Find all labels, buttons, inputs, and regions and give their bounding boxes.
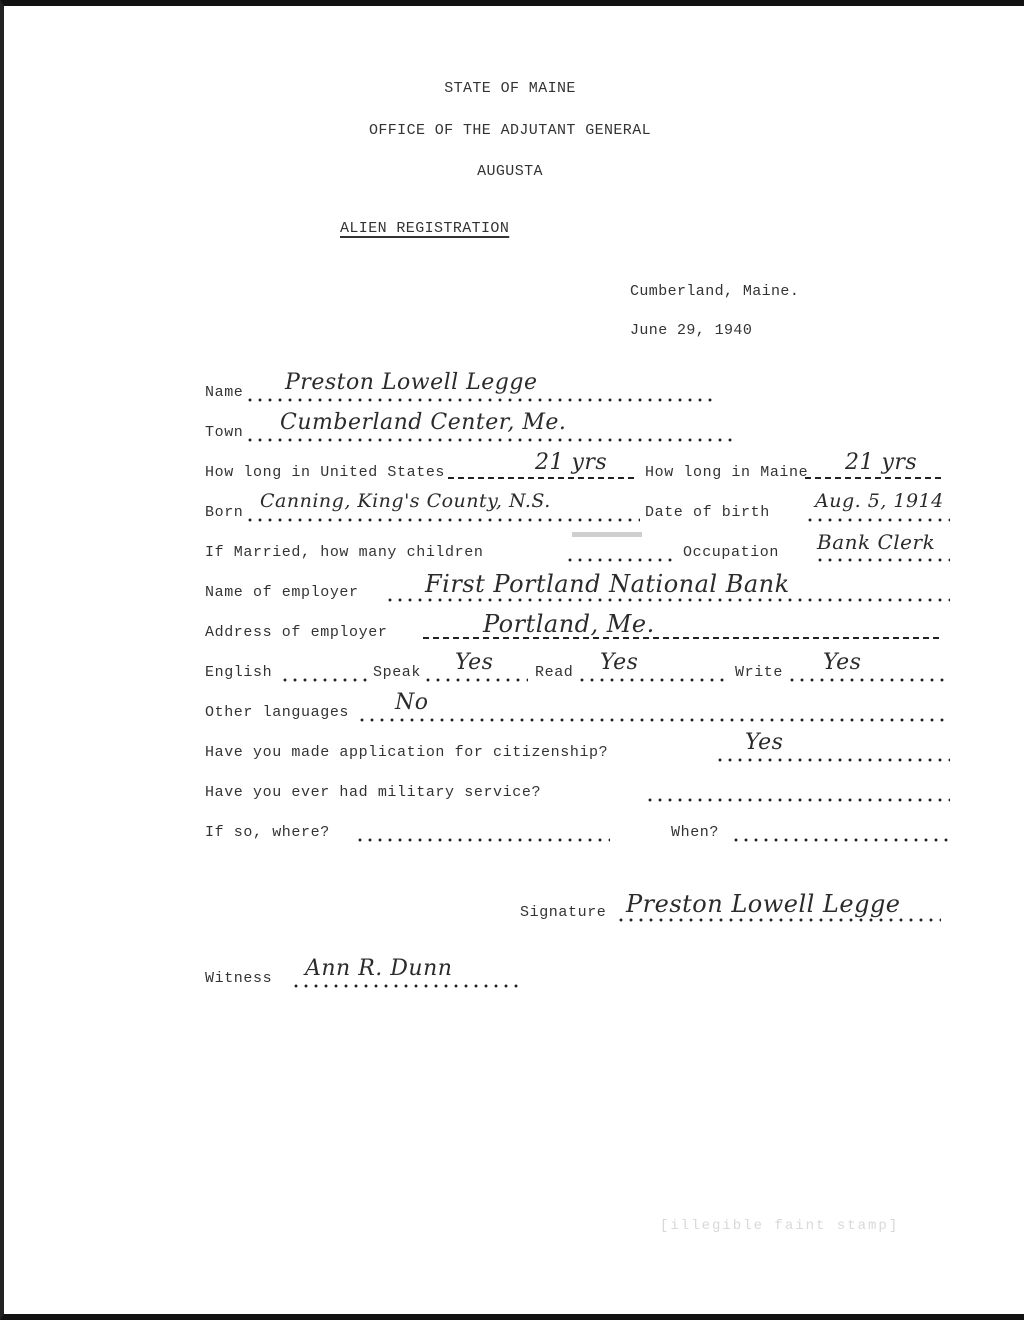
occupation-value[interactable]: Bank Clerk	[817, 530, 935, 554]
years-us-value[interactable]: 21 yrs	[535, 450, 607, 475]
field-children-occupation: If Married, how many children Occupation…	[205, 544, 950, 568]
speak-label: Speak	[373, 664, 421, 681]
field-witness: Witness Ann R. Dunn	[205, 970, 565, 994]
faint-stamp: [illegible faint stamp]	[660, 1218, 899, 1234]
citizenship-label: Have you made application for citizenshi…	[205, 744, 608, 761]
form-title: ALIEN REGISTRATION	[340, 220, 509, 237]
header-state: STATE OF MAINE	[0, 80, 1020, 97]
town-value[interactable]: Cumberland Center, Me.	[280, 410, 566, 435]
field-english: English Speak Yes Read Yes Write Yes	[205, 664, 950, 688]
signature-value[interactable]: Preston Lowell Legge	[626, 890, 901, 918]
employer-label: Name of employer	[205, 584, 359, 601]
born-label: Born	[205, 504, 243, 521]
field-other-languages: Other languages No	[205, 704, 950, 728]
years-maine-label: How long in Maine	[645, 464, 808, 481]
employer-address-label: Address of employer	[205, 624, 387, 641]
years-maine-dashes	[805, 477, 945, 479]
registration-form: STATE OF MAINE OFFICE OF THE ADJUTANT GE…	[0, 0, 1024, 1320]
children-dots	[565, 558, 675, 562]
header-city: AUGUSTA	[0, 163, 1020, 180]
born-dots	[245, 518, 640, 522]
field-town: Town Cumberland Center, Me.	[205, 424, 950, 448]
english-dots	[280, 678, 370, 682]
employer-dots	[385, 598, 950, 602]
write-label: Write	[735, 664, 783, 681]
read-dots	[577, 678, 727, 682]
citizenship-dots	[715, 758, 950, 762]
place: Cumberland, Maine.	[630, 283, 799, 300]
other-languages-dots	[357, 718, 950, 722]
write-dots	[787, 678, 950, 682]
children-label: If Married, how many children	[205, 544, 483, 561]
military-label: Have you ever had military service?	[205, 784, 541, 801]
years-us-label: How long in United States	[205, 464, 445, 481]
field-residence-duration: How long in United States 21 yrs How lon…	[205, 464, 950, 488]
field-employer: Name of employer First Portland National…	[205, 584, 950, 608]
town-dots	[245, 438, 735, 442]
witness-label: Witness	[205, 970, 272, 987]
years-maine-value[interactable]: 21 yrs	[845, 450, 917, 475]
town-label: Town	[205, 424, 243, 441]
when-label: When?	[671, 824, 719, 841]
other-languages-value[interactable]: No	[395, 690, 429, 715]
other-languages-label: Other languages	[205, 704, 349, 721]
military-dots	[645, 798, 950, 802]
born-value[interactable]: Canning, King's County, N.S.	[260, 490, 551, 512]
occupation-dots	[815, 558, 950, 562]
ink-smudge	[572, 532, 642, 537]
signature-dots	[616, 918, 941, 922]
header-office: OFFICE OF THE ADJUTANT GENERAL	[0, 122, 1020, 139]
date: June 29, 1940	[630, 322, 752, 339]
employer-address-value[interactable]: Portland, Me.	[483, 610, 655, 638]
citizenship-value[interactable]: Yes	[745, 730, 783, 755]
when-dots	[731, 838, 950, 842]
where-label: If so, where?	[205, 824, 330, 841]
field-citizenship: Have you made application for citizenshi…	[205, 744, 950, 768]
english-label: English	[205, 664, 272, 681]
name-dots	[245, 398, 715, 402]
write-value[interactable]: Yes	[823, 650, 861, 675]
dob-dots	[805, 518, 950, 522]
field-signature: Signature Preston Lowell Legge	[520, 904, 960, 928]
field-where-when: If so, where? When?	[205, 824, 950, 848]
field-military: Have you ever had military service?	[205, 784, 950, 808]
dob-label: Date of birth	[645, 504, 770, 521]
speak-value[interactable]: Yes	[455, 650, 493, 675]
read-value[interactable]: Yes	[600, 650, 638, 675]
read-label: Read	[535, 664, 573, 681]
signature-label: Signature	[520, 904, 606, 921]
name-value[interactable]: Preston Lowell Legge	[285, 370, 537, 395]
occupation-label: Occupation	[683, 544, 779, 561]
field-name: Name Preston Lowell Legge	[205, 384, 950, 408]
field-birth: Born Canning, King's County, N.S. Date o…	[205, 504, 950, 528]
witness-dots	[291, 984, 521, 988]
dob-value[interactable]: Aug. 5, 1914	[815, 490, 944, 512]
years-us-dashes	[448, 477, 638, 479]
witness-value[interactable]: Ann R. Dunn	[305, 956, 452, 981]
field-employer-address: Address of employer Portland, Me.	[205, 624, 950, 648]
employer-value[interactable]: First Portland National Bank	[425, 570, 790, 598]
where-dots	[355, 838, 610, 842]
speak-dots	[423, 678, 528, 682]
name-label: Name	[205, 384, 243, 401]
